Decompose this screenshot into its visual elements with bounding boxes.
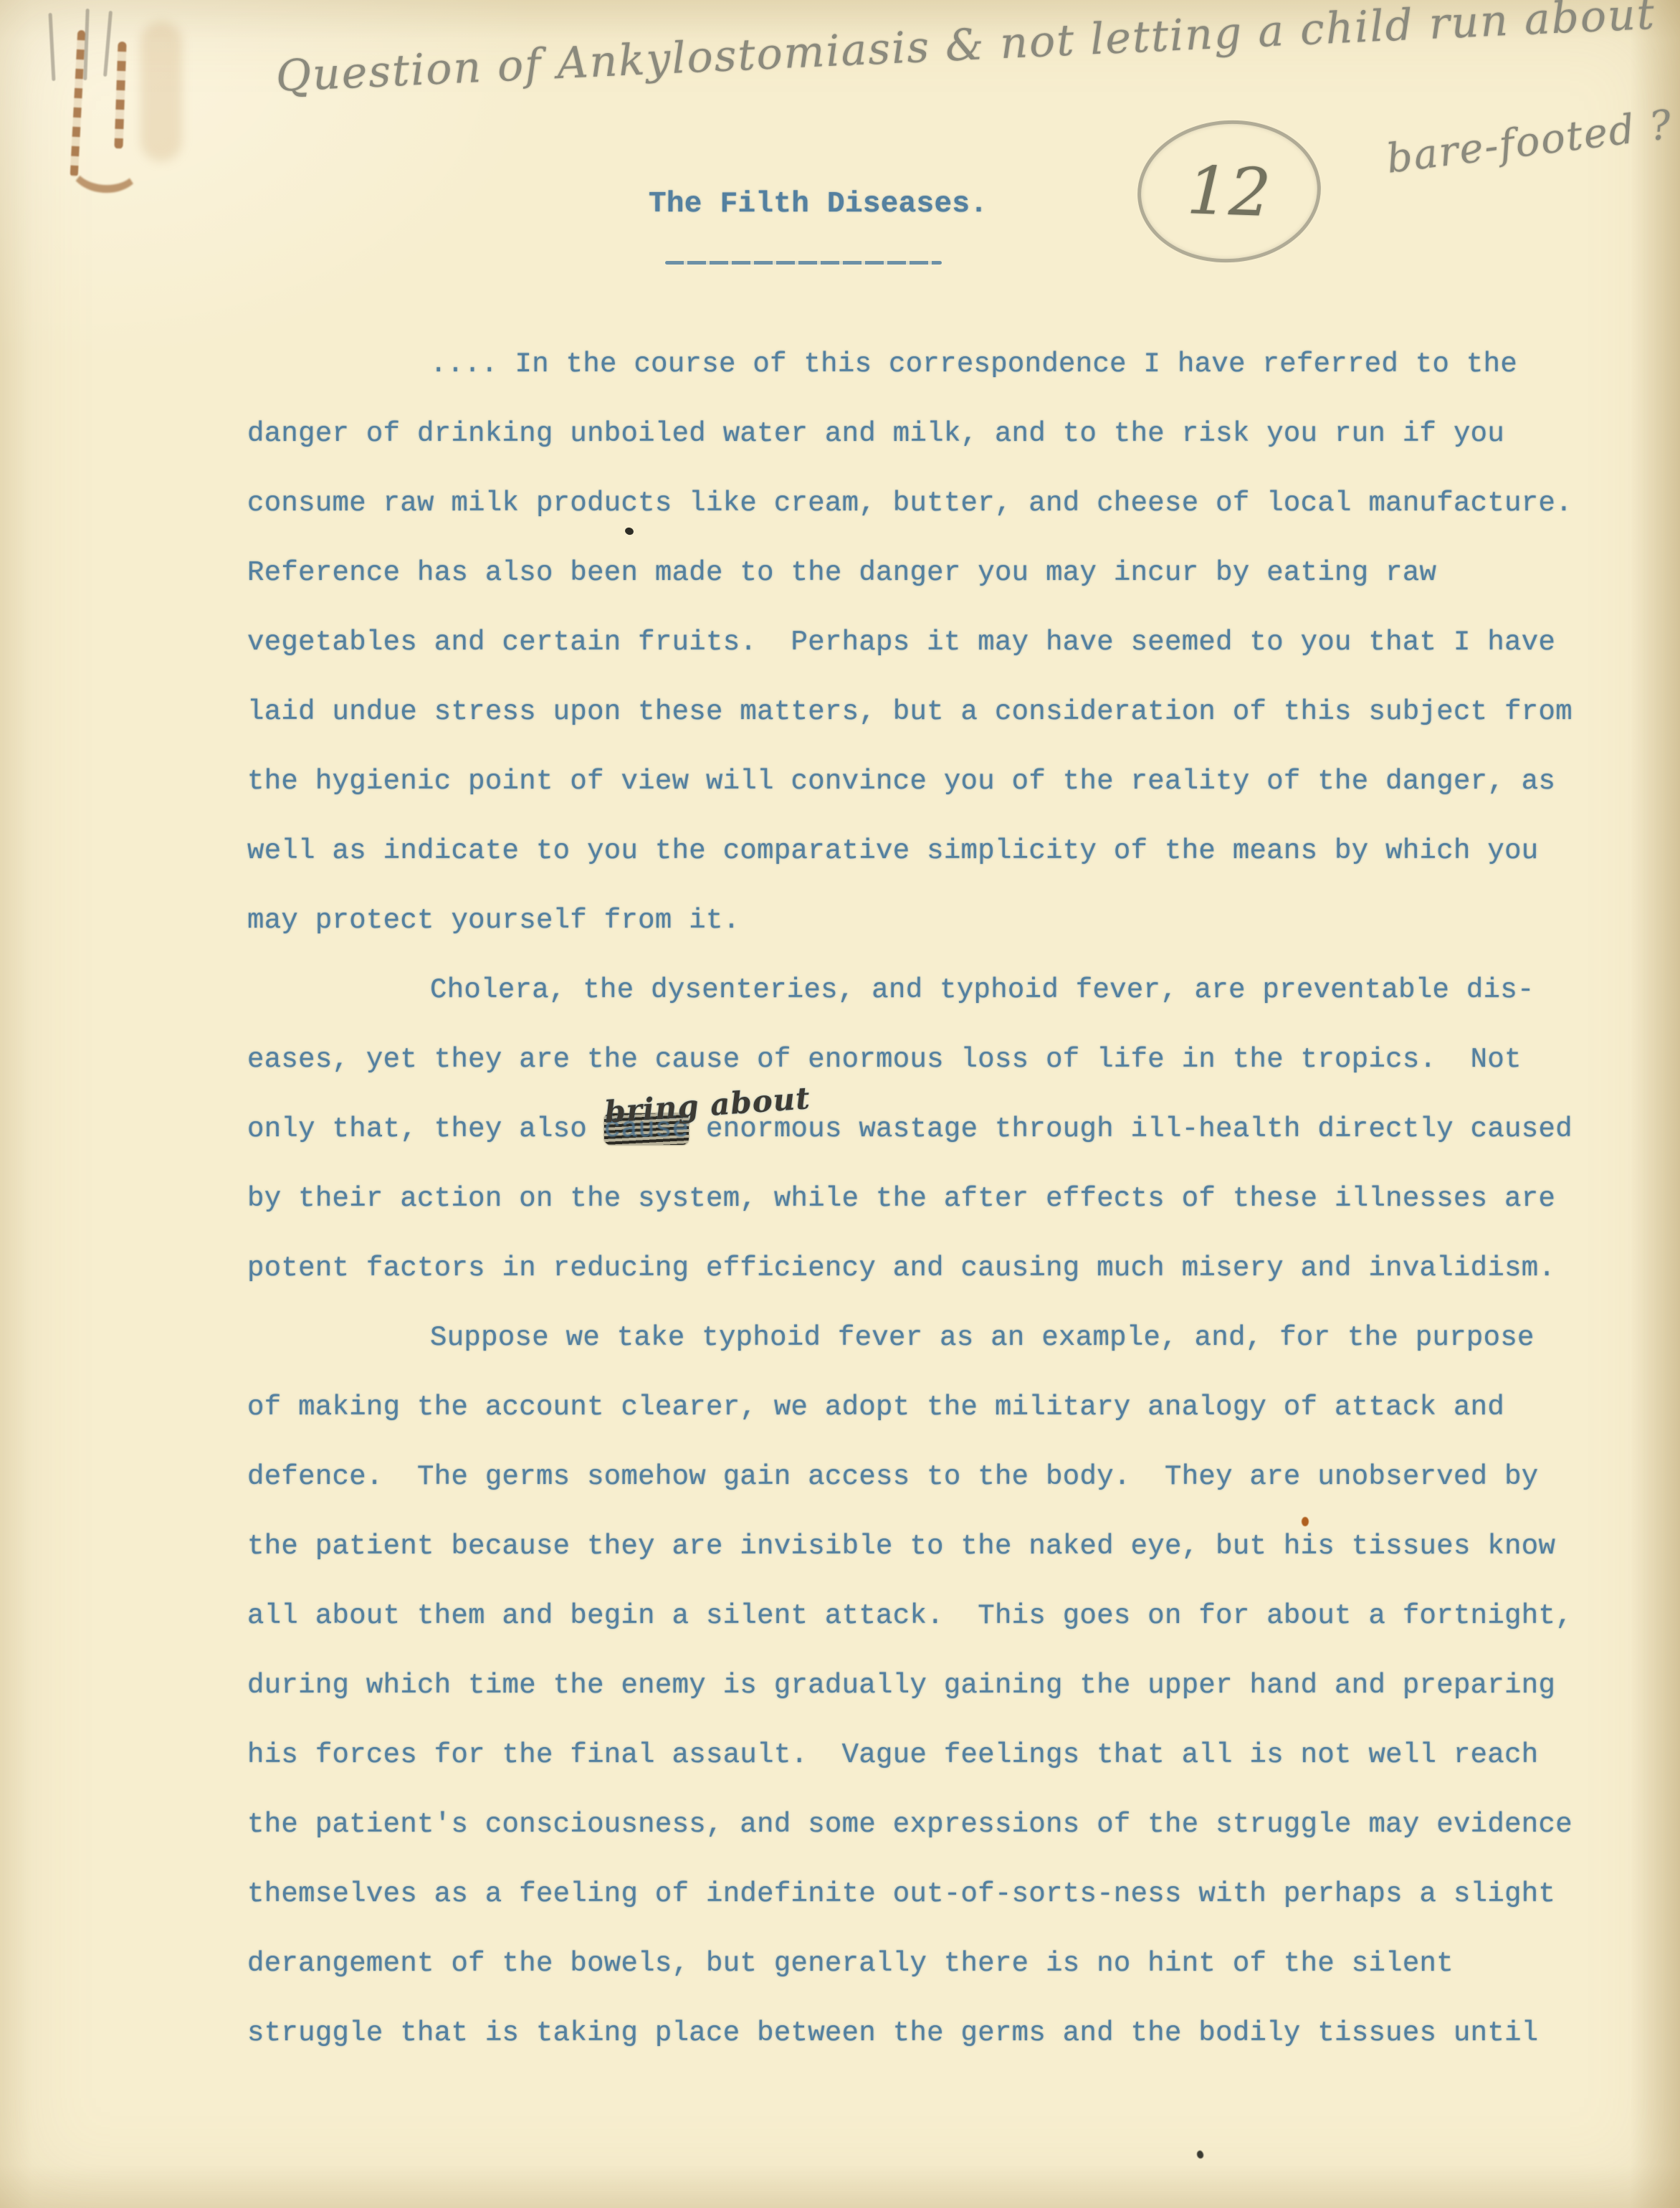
typed-line: of making the account clearer, we adopt … [247, 1373, 1595, 1442]
rust-stain-smudge [140, 22, 182, 161]
typed-line: the hygienic point of view will convince… [247, 747, 1595, 817]
typed-line: during which time the enemy is gradually… [247, 1651, 1595, 1721]
typed-line: Cholera, the dysenteries, and typhoid fe… [247, 956, 1595, 1025]
typed-line: consume raw milk products like cream, bu… [247, 469, 1595, 538]
rust-speck [1302, 1517, 1309, 1526]
typed-text: enormous wastage through ill-health dire… [689, 1113, 1572, 1145]
pencil-mark [49, 13, 56, 81]
typed-line: the patient because they are invisible t… [247, 1512, 1595, 1581]
handwritten-top-note: Question of Ankylostomiasis & not lettin… [275, 0, 1656, 102]
page-title: The Filth Diseases. [649, 188, 988, 221]
typed-line: themselves as a feeling of indefinite ou… [247, 1860, 1595, 1929]
typed-line: laid undue stress upon these matters, bu… [247, 677, 1595, 747]
typed-line: vegetables and certain fruits. Perhaps i… [247, 608, 1595, 677]
typescript-page: Question of Ankylostomiasis & not lettin… [0, 0, 1680, 2208]
typed-line: danger of drinking unboiled water and mi… [247, 399, 1595, 469]
typed-lines: .... In the course of this correspondenc… [247, 330, 1595, 2068]
rust-stain-arc [67, 135, 143, 194]
typed-line: defence. The germs somehow gain access t… [247, 1442, 1595, 1512]
typed-line: eases, yet they are the cause of enormou… [247, 1025, 1595, 1095]
pencil-mark [103, 11, 113, 77]
typed-line: well as indicate to you the comparative … [247, 817, 1595, 886]
typed-line: Suppose we take typhoid fever as an exam… [247, 1303, 1595, 1373]
handwritten-barefoot-note: bare-footed ? [1384, 101, 1675, 182]
page-number-circle: 12 [1132, 114, 1325, 268]
title-underline [665, 261, 942, 265]
typed-line: his forces for the final assault. Vague … [247, 1721, 1595, 1790]
typed-line: struggle that is taking place between th… [247, 1999, 1595, 2068]
typed-line: may protect yourself from it. [247, 886, 1595, 956]
typed-line: all about them and begin a silent attack… [247, 1581, 1595, 1651]
pencil-mark [83, 9, 89, 80]
rust-stain-right [114, 42, 126, 149]
ink-speck [1195, 2149, 1205, 2159]
typed-line: the patient's consciousness, and some ex… [247, 1790, 1595, 1860]
typed-line: potent factors in reducing efficiency an… [247, 1234, 1595, 1303]
typed-line: by their action on the system, while the… [247, 1164, 1595, 1234]
typed-line: Reference has also been made to the dang… [247, 538, 1595, 608]
typed-text: only that, they also [247, 1113, 604, 1145]
typed-line: .... In the course of this correspondenc… [247, 330, 1595, 399]
page-number: 12 [1186, 151, 1273, 231]
typed-line: only that, they also cause enormous wast… [247, 1095, 1595, 1164]
typed-line: derangement of the bowels, but generally… [247, 1929, 1595, 1999]
